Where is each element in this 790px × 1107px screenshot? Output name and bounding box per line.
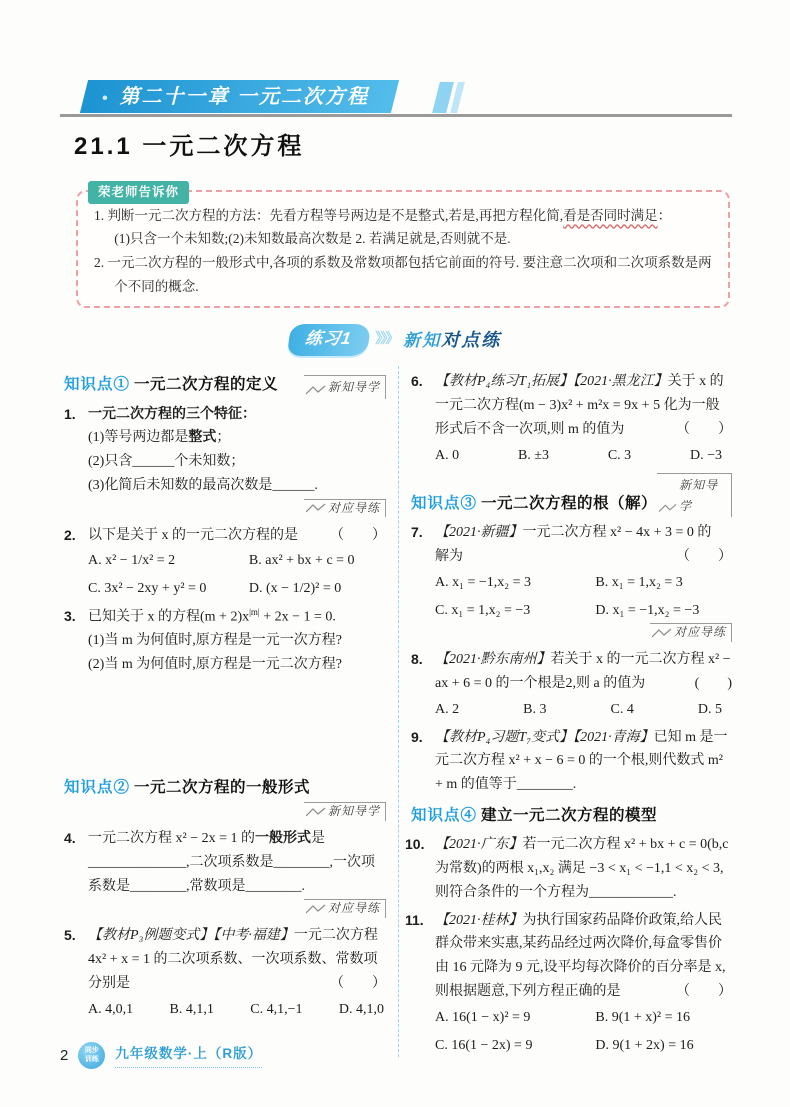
question-number: 2.	[64, 524, 76, 548]
kp4-title: 建立一元二次方程的模型	[481, 807, 657, 824]
question-7: 7. 【2021·新疆】一元二次方程 x² − 4x + 3 = 0 的 解为 …	[411, 521, 732, 622]
q7-source-tag: 【2021·新疆】	[435, 525, 523, 540]
question-number: 4.	[64, 827, 76, 851]
question-5: 5. 【教材P₃例题变式】【中考·福建】一元二次方程 4x² + x = 1 的…	[64, 924, 386, 1021]
q3-sub-1: (1)当 m 为何值时,原方程是一元一次方程?	[88, 629, 386, 653]
choice: D. 9(1 + 2x) = 16	[595, 1034, 732, 1058]
q3-sub-2: (2)当 m 为何值时,原方程是一元二次方程?	[88, 653, 386, 677]
question-8: 8. 【2021·黔东南州】若关于 x 的一元二次方程 x² − ax + 6 …	[411, 648, 732, 721]
question-10: 10. 【2021·广东】若一元二次方程 x² + bx + c = 0(b,c…	[411, 833, 732, 904]
q3-exponent: |m|	[249, 607, 260, 617]
q4-bold-term: 一般形式	[255, 831, 311, 846]
q1-bold-term: 整式	[188, 430, 216, 445]
choice: B. x₁ = 1,x₂ = 3	[595, 571, 732, 595]
q6-choices: A. 0 B. ±3 C. 3 D. −3	[435, 444, 732, 468]
question-4: 4. 一元二次方程 x² − 2x = 1 的一般形式是____________…	[64, 827, 386, 898]
tip-line-3: 2. 一元二次方程的一般形式中,各项的系数及常数项都包括它前面的符号. 要注意二…	[94, 251, 714, 298]
q1-item-3: (3)化简后未知数的最高次数是______.	[88, 474, 386, 498]
right-column: 6. 【教材P₄练习T₁拓展】【2021·黑龙江】关于 x 的一元二次方程(m …	[398, 366, 732, 1057]
chapter-banner-text: •第二十一章 一元二次方程	[102, 80, 369, 114]
question-number: 1.	[64, 403, 76, 427]
choice: D. 5	[698, 698, 722, 722]
kp2-title: 一元二次方程的一般形式	[134, 779, 310, 796]
kp4-badge: 知识点④	[411, 807, 477, 824]
q9-source-tag: 【教材P₄习题T₇变式】【2021·青海】	[435, 730, 654, 745]
book-title: 九年级数学·上（R版）	[115, 1043, 262, 1069]
tip-wavy-underline-text: 看是否同时满足	[563, 208, 658, 223]
exercise-title-light: 新知	[403, 331, 441, 350]
question-number: 5.	[64, 924, 76, 948]
choice: A. x² − 1/x² = 2	[88, 549, 249, 573]
bullet-icon: •	[102, 90, 110, 107]
knowledge-point-4: 知识点④建立一元二次方程的模型	[411, 803, 732, 829]
q11-choices: A. 16(1 − x)² = 9 B. 9(1 + x)² = 16 C. 1…	[435, 1006, 732, 1058]
choice: D. −3	[690, 444, 722, 468]
kp3-badge: 知识点③	[411, 495, 477, 512]
q7-stem-2: 解为	[435, 545, 463, 569]
kp1-badge: 知识点①	[64, 376, 130, 393]
choice: D. 4,1,0	[339, 998, 384, 1022]
q4-stem: 一元二次方程 x² − 2x = 1 的一般形式是______________,…	[88, 827, 386, 898]
q3-stem: 已知关于 x 的方程(m + 2)x|m| + 2x − 1 = 0.	[88, 605, 386, 629]
choice: C. x₁ = 1,x₂ = −3	[435, 599, 595, 623]
tag-xinzhi-daoxue: 新知导学	[304, 802, 386, 821]
q1-item-2: (2)只含______个未知数；	[88, 450, 386, 474]
q10-source-tag: 【2021·广东】	[435, 837, 523, 852]
choice: C. 4,1,−1	[250, 998, 302, 1022]
series-logo-icon: 同步 训练	[78, 1042, 105, 1069]
question-number: 11.	[405, 909, 424, 933]
left-column: 知识点①一元二次方程的定义 新知导学 1. 一元二次方程的三个特征： (1)等号…	[64, 366, 398, 1057]
q6-answer-bracket: （ ）	[676, 418, 732, 442]
zigzag-icon	[306, 904, 326, 914]
tip-line-1-pre: 1. 判断一元二次方程的方法：先看方程等号两边是不是整式,若是,再把方程化简,	[94, 208, 563, 223]
question-number: 6.	[411, 370, 423, 394]
q2-choices: A. x² − 1/x² = 2 B. ax² + bx + c = 0 C. …	[88, 549, 386, 601]
tag-row: 对应导练	[64, 499, 386, 520]
tip-line-2: (1)只含一个未知数;(2)未知数最高次数是 2. 若满足就是,否则就不是.	[114, 227, 714, 251]
choice: A. 2	[435, 698, 459, 722]
exercise-title-dark: 对点练	[441, 330, 501, 350]
knowledge-point-3: 知识点③一元二次方程的根（解） 新知导学	[411, 473, 732, 517]
content-columns: 知识点①一元二次方程的定义 新知导学 1. 一元二次方程的三个特征： (1)等号…	[64, 366, 732, 1057]
page-footer: 2 同步 训练 九年级数学·上（R版）	[60, 1042, 262, 1069]
question-number: 7.	[411, 521, 423, 545]
zigzag-icon	[306, 503, 326, 513]
kp1-title: 一元二次方程的定义	[134, 376, 278, 393]
tag-duiying-daolian: 对应导练	[650, 623, 732, 642]
q7-choices: A. x₁ = −1,x₂ = 3 B. x₁ = 1,x₂ = 3 C. x₁…	[435, 571, 732, 623]
choice: A. 4,0,1	[88, 998, 133, 1022]
zigzag-icon	[306, 385, 326, 395]
knowledge-point-2: 知识点②一元二次方程的一般形式	[64, 775, 386, 801]
choice: D. x₁ = −1,x₂ = −3	[595, 599, 732, 623]
choice: B. ±3	[518, 444, 549, 468]
kp2-badge: 知识点②	[64, 779, 130, 796]
q8-stem: 【2021·黔东南州】若关于 x 的一元二次方程 x² − ax + 6 = 0…	[435, 648, 732, 696]
page-number: 2	[60, 1043, 68, 1069]
choice: C. 4	[611, 698, 634, 722]
exercise-banner: 练习1 》》》 新知对点练	[0, 324, 790, 356]
question-2: 2. 以下是关于 x 的一元二次方程的是 （ ） A. x² − 1/x² = …	[64, 524, 386, 601]
q11-source-tag: 【2021·桂林】	[435, 913, 523, 928]
zigzag-icon	[659, 503, 677, 513]
choice: B. 9(1 + x)² = 16	[595, 1006, 732, 1030]
tag-xinzhi-daoxue: 新知导学	[657, 473, 732, 517]
teacher-tip-box: 荣老师告诉你 1. 判断一元二次方程的方法：先看方程等号两边是不是整式,若是,再…	[76, 190, 730, 309]
q5-choices: A. 4,0,1 B. 4,1,1 C. 4,1,−1 D. 4,1,0	[88, 998, 386, 1022]
blank-workspace	[64, 677, 386, 769]
tag-row: 新知导学	[64, 802, 386, 823]
tip-line-1: 1. 判断一元二次方程的方法：先看方程等号两边是不是整式,若是,再把方程化简,看…	[94, 204, 714, 228]
zigzag-icon	[652, 628, 672, 638]
question-number: 10.	[405, 833, 424, 857]
question-1: 1. 一元二次方程的三个特征： (1)等号两边都是整式； (2)只含______…	[64, 403, 386, 498]
q1-item-1: (1)等号两边都是整式；	[88, 426, 386, 450]
chapter-banner-wrap: •第二十一章 一元二次方程	[84, 80, 790, 116]
choice: C. 3x² − 2xy + y² = 0	[88, 577, 249, 601]
q8-source-tag: 【2021·黔东南州】	[435, 652, 551, 667]
tag-row: 对应导练	[64, 899, 386, 920]
question-6: 6. 【教材P₄练习T₁拓展】【2021·黑龙江】关于 x 的一元二次方程(m …	[411, 370, 732, 467]
q8-answer-bracket: ( )	[695, 672, 732, 696]
q2-stem: 以下是关于 x 的一元二次方程的是	[88, 524, 298, 548]
question-number: 9.	[411, 726, 423, 750]
choice: B. 3	[523, 698, 546, 722]
zigzag-icon	[306, 807, 326, 817]
section-title: 21.1 一元二次方程	[74, 127, 790, 168]
choice: A. 0	[435, 444, 459, 468]
textbook-page: •第二十一章 一元二次方程 21.1 一元二次方程 荣老师告诉你 1. 判断一元…	[0, 0, 790, 1107]
choice: D. (x − 1/2)² = 0	[249, 577, 386, 601]
q6-source-tag: 【教材P₄练习T₁拓展】【2021·黑龙江】	[435, 374, 668, 389]
choice: A. x₁ = −1,x₂ = 3	[435, 571, 595, 595]
tag-duiying-daolian: 对应导练	[304, 499, 386, 518]
q8-choices: A. 2 B. 3 C. 4 D. 5	[435, 698, 732, 722]
choice: B. 4,1,1	[170, 998, 214, 1022]
q7-answer-bracket: （ ）	[676, 545, 732, 569]
tag-duiying-daolian: 对应导练	[304, 899, 386, 918]
chapter-banner: •第二十一章 一元二次方程	[80, 80, 399, 113]
chapter-title: 第二十一章 一元二次方程	[120, 86, 370, 108]
q11-answer-bracket: （ ）	[676, 980, 732, 1004]
question-number: 3.	[64, 605, 76, 629]
tag-xinzhi-daoxue: 新知导学	[304, 375, 386, 398]
exercise-title: 新知对点练	[403, 325, 501, 356]
q5-source-tag: 【教材P₃例题变式】【中考·福建】	[88, 928, 294, 943]
series-logo-text: 同步 训练	[84, 1047, 100, 1063]
q5-answer-bracket: （ ）	[330, 972, 386, 996]
question-3: 3. 已知关于 x 的方程(m + 2)x|m| + 2x − 1 = 0. (…	[64, 605, 386, 677]
q2-answer-bracket: （ ）	[330, 524, 386, 548]
q9-stem: 【教材P₄习题T₇变式】【2021·青海】已知 m 是一元二次方程 x² + x…	[435, 726, 732, 797]
question-11: 11. 【2021·桂林】为执行国家药品降价政策,给人民群众带来实惠,某药品经过…	[411, 909, 732, 1058]
knowledge-point-1: 知识点①一元二次方程的定义 新知导学	[64, 372, 386, 398]
choice: C. 16(1 − 2x) = 9	[435, 1034, 595, 1058]
q6-stem: 【教材P₄练习T₁拓展】【2021·黑龙江】关于 x 的一元二次方程(m − 3…	[435, 370, 732, 441]
teacher-tip-label: 荣老师告诉你	[88, 181, 189, 204]
choice: C. 3	[608, 444, 631, 468]
tip-line-1-post: ：	[658, 208, 672, 223]
choice: B. ax² + bx + c = 0	[249, 549, 386, 573]
chevrons-icon: 》》》	[375, 328, 397, 352]
q10-stem: 【2021·广东】若一元二次方程 x² + bx + c = 0(b,c 为常数…	[435, 833, 732, 904]
tag-row: 对应导练	[411, 623, 732, 644]
question-9: 9. 【教材P₄习题T₇变式】【2021·青海】已知 m 是一元二次方程 x² …	[411, 726, 732, 797]
exercise-cloud-badge: 练习1	[287, 324, 372, 356]
q7-stem: 【2021·新疆】一元二次方程 x² − 4x + 3 = 0 的	[435, 521, 732, 545]
q11-stem: 【2021·桂林】为执行国家药品降价政策,给人民群众带来实惠,某药品经过两次降价…	[435, 909, 732, 1004]
choice: A. 16(1 − x)² = 9	[435, 1006, 595, 1030]
exercise-label: 练习1	[303, 325, 354, 354]
question-number: 8.	[411, 648, 423, 672]
q1-stem: 一元二次方程的三个特征：	[88, 403, 386, 427]
kp3-title: 一元二次方程的根（解）	[481, 495, 657, 512]
q5-stem: 【教材P₃例题变式】【中考·福建】一元二次方程 4x² + x = 1 的二次项…	[88, 924, 386, 995]
page-header: •第二十一章 一元二次方程 21.1 一元二次方程	[0, 0, 790, 168]
